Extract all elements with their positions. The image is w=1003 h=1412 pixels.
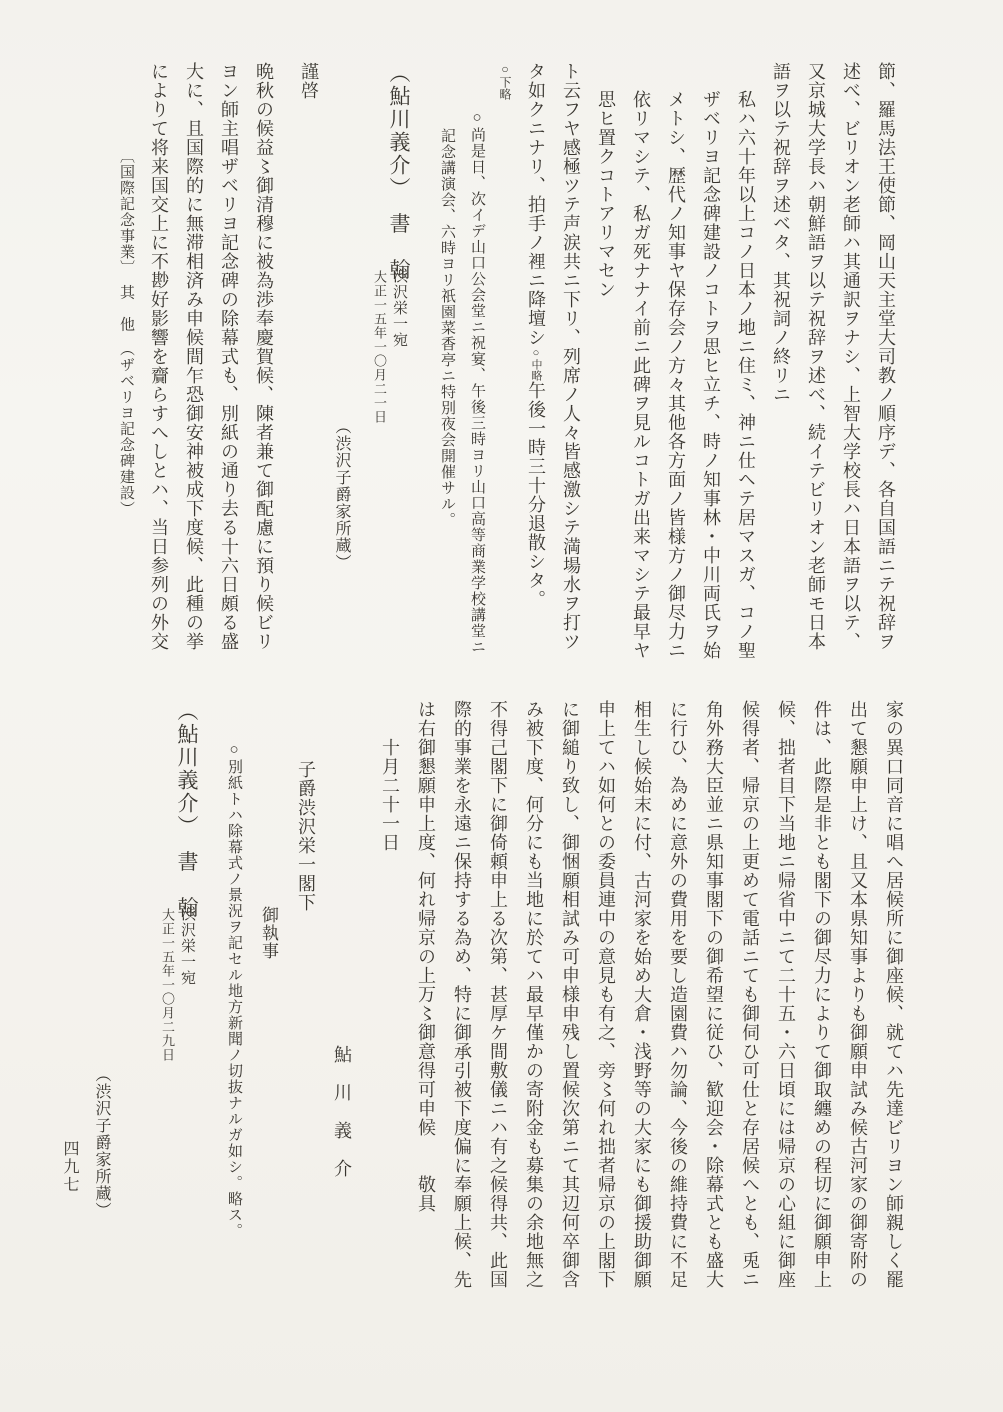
letter-body-line: 不得己閣下に御倚頼申上る次第、甚厚ケ間敷儀ニハ有之候得共、此国 — [480, 700, 516, 1316]
letter-date: 大正一五年一〇月二一日 — [370, 270, 389, 424]
letter-body-line: 際的事業を永遠ニ保持する為め、特に御承引被下度偏に奉願上候、先 — [444, 700, 480, 1316]
quote-line: 依リマシテ、私ガ死ナナイ前ニ此碑ヲ見ルコトガ出来マシテ最早ヤ — [623, 62, 658, 664]
letter-body-line: 候、拙者目下当地ニ帰省中ニて二十五・六日頃には帰京の心組に御座 — [768, 700, 804, 1316]
page: 節、羅馬法王使節、岡山天主堂大司教ノ順序デ、各自国語ニテ祝辞ヲ 述べ、ビリオン老… — [0, 0, 1003, 1412]
letter2-header: （鮎川義介） 書 翰 渋沢栄一宛 大正一五年一〇月二九日 — [158, 700, 204, 1316]
letter-date: 大正一五年一〇月二九日 — [158, 908, 177, 1062]
letter-source: （渋沢子爵家所蔵） — [326, 62, 356, 664]
report-line: 語ヲ以テ祝辞ヲ述ベタ、其祝詞ノ終リニ — [763, 62, 798, 664]
letter1-header: （鮎川義介） 書 翰 渋沢栄一宛 大正一五年一〇月二一日 — [370, 62, 416, 664]
letter-body-line: 家の異口同音に唱へ居候所に御座候、就てハ先達ビリヨン師親しく罷 — [876, 700, 912, 1316]
bottom-section: 家の異口同音に唱へ居候所に御座候、就てハ先達ビリヨン師親しく罷 出て懇願申上け、… — [86, 700, 912, 1316]
signature: 鮎 川 義 介 — [324, 700, 360, 1316]
letter-heading: （鮎川義介） 書 翰 — [172, 700, 202, 920]
letter-body-line: は右御懇願申上度、何れ帰京の上万〻御意得可申候 敬具 — [408, 700, 444, 1316]
letter-body-line: 候得者、帰京の上更めて電話ニても御伺ひ可仕と存居候へとも、兎ニ — [732, 700, 768, 1316]
report-line: ト云フヤ感極ツテ声涙共ニ下リ、列席ノ人々皆感激シテ満場水ヲ打ツ — [553, 62, 588, 664]
letter-body-line: 出て懇願申上け、且又本県知事よりも御願申試み候古河家の御寄附の — [840, 700, 876, 1316]
report-line: 又京城大学長ハ朝鮮語ヲ以テ祝辞ヲ述べ、続イテビリオン老師モ日本 — [798, 62, 833, 664]
letter-addressee: 渋沢栄一宛 — [177, 906, 198, 986]
running-title: 〔国際記念事業〕 其 他 （ザベリヨ記念碑建設） — [111, 62, 141, 664]
letter-body-line: み被下度、何分にも当地に於てハ最早僅かの寄附金も募集の余地無之 — [516, 700, 552, 1316]
letter-body-line: に行ひ、為めに意外の費用を要し造園費ハ勿論、今後の維持費に不足 — [660, 700, 696, 1316]
letter-addressee: 渋沢栄一宛 — [389, 268, 410, 348]
steward-line: 御執事 — [248, 700, 288, 1316]
top-section: 節、羅馬法王使節、岡山天主堂大司教ノ順序デ、各自国語ニテ祝辞ヲ 述べ、ビリオン老… — [95, 62, 903, 664]
report-line-part: タ如クニナリ、拍手ノ裡ニ降壇シ — [526, 62, 546, 347]
letter-body-line: 件は、此際是非とも閣下の御尽力によりて御取纏めの程切に御願申上 — [804, 700, 840, 1316]
letter-heading: （鮎川義介） 書 翰 — [384, 62, 414, 282]
letter-body-line: 相生し候始末に付、古河家を始め大倉・浅野等の大家にも御援助御願 — [624, 700, 660, 1316]
report-line-part: 午後一時三十分退散シタ。 — [526, 381, 546, 609]
letter-body-line: 申上てハ如何との委員連中の意見も有之、旁〻何れ拙者帰京の上閣下 — [588, 700, 624, 1316]
letter-body-line: 角外務大臣並ニ県知事閣下の御希望に従ひ、歓迎会・除幕式とも盛大 — [696, 700, 732, 1316]
letter-body-line: ヨン師主唱ザベリヨ記念碑の除幕式も、別紙の通り去る十六日頗る盛 — [211, 62, 246, 664]
recipient-line: 子爵渋沢栄一閣下 — [288, 700, 324, 1316]
letter-source: （渋沢子爵家所蔵） — [86, 700, 116, 1316]
omission-note-churyaku: ○中略 — [530, 347, 542, 381]
salutation: 謹啓 — [291, 62, 326, 664]
quote-line: ザベリヨ記念碑建設ノコトヲ思ヒ立チ、時ノ知事林・中川両氏ヲ始 — [693, 62, 728, 664]
page-number: 四九七 — [58, 1140, 81, 1194]
letter-body-line: 晩秋の候益〻御清穆に被為渉奉慶賀候、陳者兼て御配慮に預り候ビリ — [246, 62, 281, 664]
quote-line: メトシ、歴代ノ知事ヤ保存会ノ方々其他各方面ノ皆様方ノ御尽力ニ — [658, 62, 693, 664]
letter-body-line: 大に、且国際的に無滞相済み申候間乍恐御安神被成下度候、此種の挙 — [176, 62, 211, 664]
letter-sent-date: 十月二十一日 — [372, 700, 408, 1316]
letter-body-line: によりて将来国交上に不尠好影響を齎らすへしとハ、当日参列の外交 — [141, 62, 176, 664]
event-note-line: 記念講演会、六時ヨリ祇園菜香亭ニ特別夜会開催サル。 — [432, 62, 462, 664]
postscript-note: ○別紙トハ除幕式ノ景況ヲ記セル地方新聞ノ切抜ナルガ如シ。略ス。 — [220, 700, 248, 1316]
quote-line: 思ヒ置クコトアリマセン — [588, 62, 623, 664]
report-line-composite: タ如クニナリ、拍手ノ裡ニ降壇シ○中略午後一時三十分退散シタ。 — [518, 62, 553, 664]
report-line: 述べ、ビリオン老師ハ其通訳ヲナシ、上智大学校長ハ日本語ヲ以テ、 — [833, 62, 868, 664]
omission-note-geryaku: ○下略 — [492, 62, 518, 664]
letter-body-line: に御縋り致し、御悃願相試み可申様申残し置候次第ニて其辺何卒御含 — [552, 700, 588, 1316]
report-line: 節、羅馬法王使節、岡山天主堂大司教ノ順序デ、各自国語ニテ祝辞ヲ — [868, 62, 903, 664]
quote-line: 私ハ六十年以上コノ日本ノ地ニ住ミ、神ニ仕ヘテ居マスガ、コノ聖 — [728, 62, 763, 664]
event-note-line: ○尚是日、次イデ山口公会堂ニ祝宴、午後三時ヨリ山口高等商業学校講堂ニ — [462, 62, 492, 664]
